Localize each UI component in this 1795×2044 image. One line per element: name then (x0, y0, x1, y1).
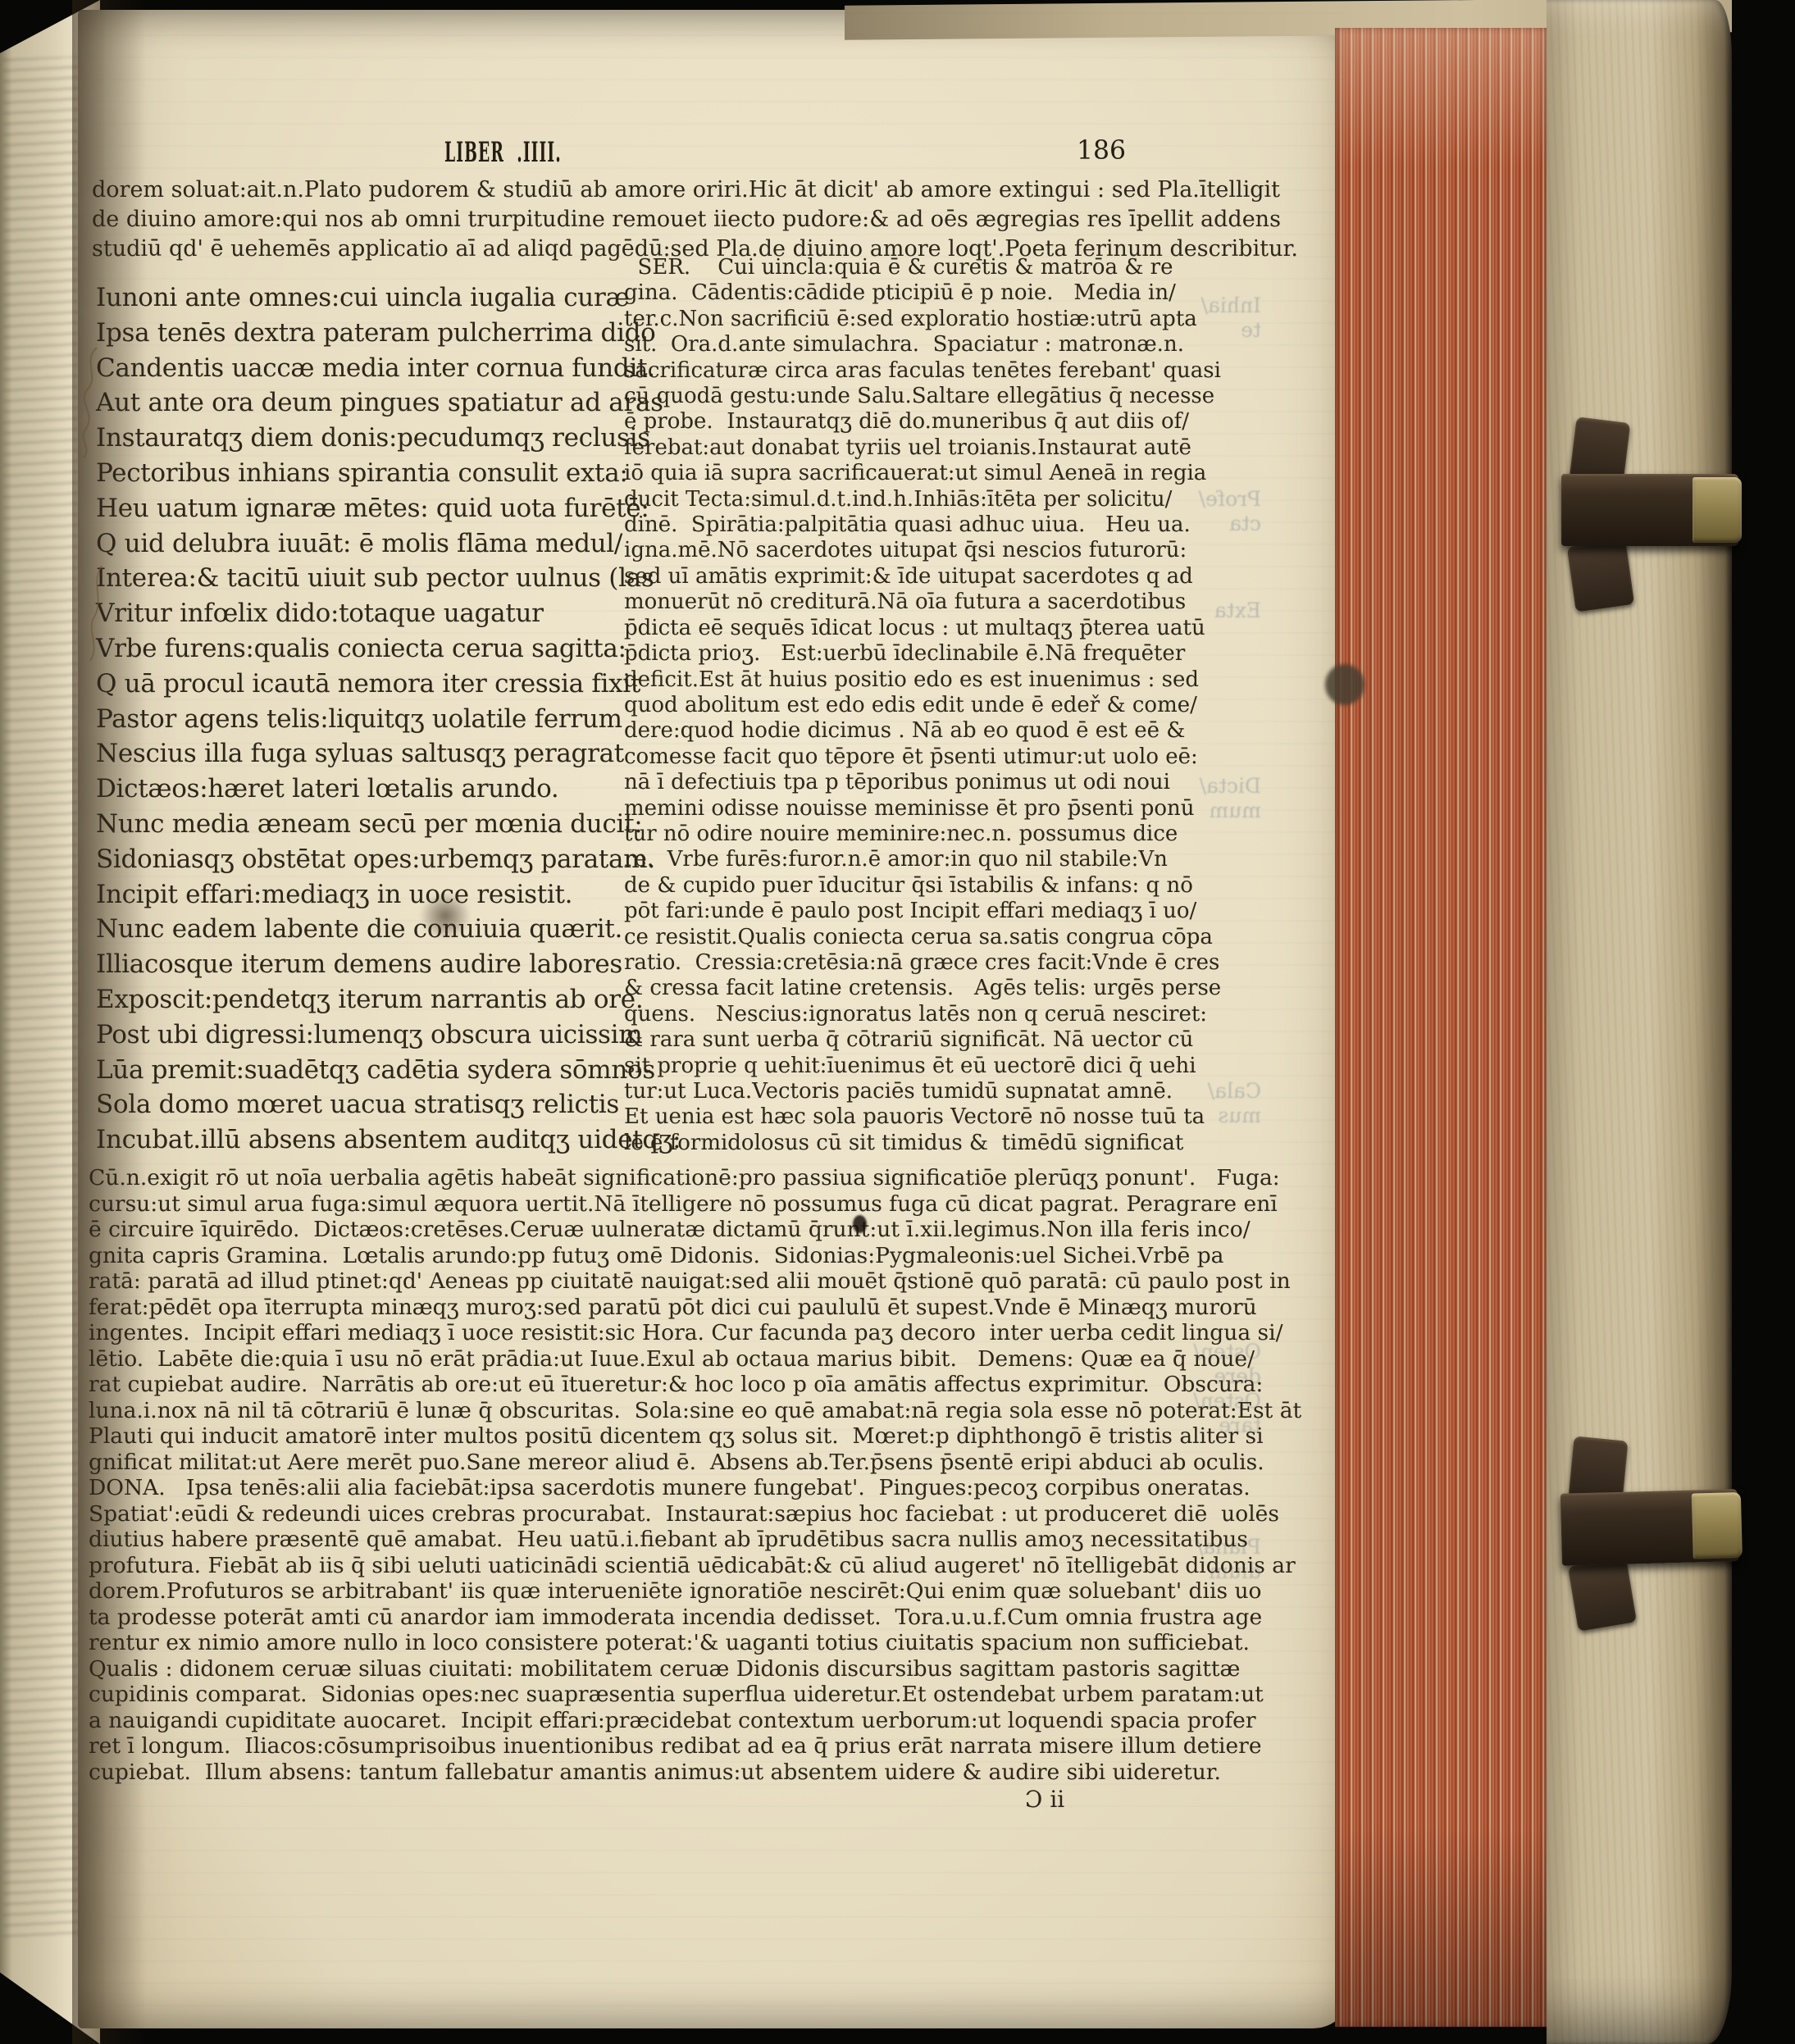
text-line: Dictæos:hæret lateri lœtalis arundo. (96, 772, 622, 807)
text-line: ce resistit.Qualis coniecta cerua sa.sat… (624, 925, 1179, 950)
text-line: ingentes. Incipit effari mediaqʒ ī uoce … (89, 1320, 1199, 1346)
text-line: ducit Tecta:simul.d.t.ind.h.Inhiās:ītēta… (624, 487, 1179, 512)
text-line: Aut ante ora deum pingues spatiatur ad a… (96, 385, 622, 421)
bottom-commentary-block: Cū.n.exigit rō ut noīa uerbalia agētis h… (89, 1165, 1199, 1785)
red-fore-edge (1335, 28, 1550, 2027)
text-line: Nunc media æneam secū per mœnia ducit: (96, 807, 622, 842)
text-line: gnificat militat:ut Aere merēt puo.Sane … (89, 1450, 1199, 1476)
text-line: re. Vrbe furēs:furor.n.ē amor:in quo nil… (624, 847, 1179, 872)
quire-signature: Ɔ ii (1025, 1786, 1064, 1813)
text-line: Post ubi digressi:lumenqʒ obscura uiciss… (96, 1017, 622, 1053)
text-line: rat cupiebat audire. Narrātis ab ore:ut … (89, 1372, 1199, 1398)
running-head: LIBER .IIII. (444, 136, 658, 169)
text-line: cū quodā gestu:unde Salu.Saltare ellegāt… (624, 384, 1179, 409)
text-line: Sidoniasqʒ obstētat opes:urbemqʒ paratam… (96, 842, 622, 877)
clasp-upper (1555, 420, 1795, 610)
text-line: pōt fari:unde ē paulo post Incipit effar… (624, 899, 1179, 924)
text-line: tur:ut Luca.Vectoris paciēs tumidū supna… (624, 1079, 1179, 1104)
text-line: Incubat.illū absens absentem auditqʒ uid… (96, 1122, 622, 1158)
text-line: Incipit effari:mediaqʒ in uoce resistit. (96, 877, 622, 913)
clasp-lower (1552, 1433, 1795, 1630)
text-line: lētio. Labēte die:quia ī usu nō erāt prā… (89, 1346, 1199, 1373)
pen-mark (82, 564, 110, 662)
text-line: Qualis : didonem ceruæ siluas ciuitati: … (89, 1656, 1199, 1682)
text-line: quens. Nescius:ignoratus latēs non q cer… (624, 1002, 1179, 1027)
text-line: Instauratqʒ diem donis:pecudumqʒ reclusi… (96, 421, 622, 456)
text-line: ferebat:aut donabat tyriis uel troianis.… (624, 435, 1179, 461)
text-line: DONA. Ipsa tenēs:alii alia faciebāt:ipsa… (89, 1475, 1199, 1501)
pen-mark (72, 344, 108, 459)
folio-number-text: 186 (1077, 134, 1126, 166)
text-line: profutura. Fiebāt ab iis q̄ sibi ueluti … (89, 1553, 1199, 1579)
parchment-cover-edge (1547, 0, 1732, 2044)
text-line: ratā: paratā ad illud ptinet:qd' Aeneas … (89, 1268, 1199, 1295)
text-line: Plauti qui inducit amatorē inter multos … (89, 1423, 1199, 1450)
text-line: & cressa facit latine cretensis. Agēs te… (624, 976, 1179, 1001)
photo-backdrop: LIBER .IIII. 186 dorem soluat:ait.n.Plat… (0, 0, 1795, 2044)
text-line: Cū.n.exigit rō ut noīa uerbalia agētis h… (89, 1165, 1199, 1191)
text-line: Iunoni ante omnes:cui uincla iugalia cur… (96, 280, 622, 316)
text-line: p̄dicta prioʒ. Est:uerbū īdeclinabile ē.… (624, 641, 1179, 667)
text-line: cupiebat. Illum absens: tantum fallebatu… (89, 1759, 1199, 1786)
text-line: Spatiat':eūdi & redeundi uices crebras p… (89, 1501, 1199, 1527)
text-line: ferat:pēdēt opa īterrupta minæqʒ muroʒ:s… (89, 1295, 1199, 1321)
text-line: sit proprie q uehit:īuenimus ēt eū uecto… (624, 1054, 1179, 1079)
text-line: Q uā procul icautā nemora iter cressia f… (96, 667, 622, 702)
text-line: Heu uatum ignaræ mētes: quid uota furētē… (96, 491, 622, 526)
text-line: Lūa premit:suadētqʒ cadētia sydera sōmno… (96, 1053, 622, 1088)
text-line: ret ī longum. Iliacos:cōsumprisoibus inu… (89, 1733, 1199, 1759)
folio-number: 186 (1077, 134, 1127, 166)
text-line: luna.i.nox nā nil tā cōtrariū ē lunæ q̄ … (89, 1398, 1199, 1424)
quire-signature-text: Ɔ ii (1025, 1786, 1064, 1813)
text-line: cupidinis comparat. Sidonias opes:nec su… (89, 1682, 1199, 1708)
text-line: Candentis uaccæ media inter cornua fundi… (96, 351, 622, 386)
text-line: ratio. Cressia:cretēsia:nā græce cres fa… (624, 950, 1179, 976)
text-line: ter.c.Non sacrificiū ē:sed exploratio ho… (624, 307, 1179, 332)
text-line: Ipsa tenēs dextra pateram pulcherrima di… (96, 316, 622, 351)
text-line: gina. Cādentis:cādide pticipiū ē p noie.… (624, 280, 1179, 306)
text-line: p̄dicta eē sequēs īdicat locus : ut mult… (624, 616, 1179, 641)
text-line: cursu:ut simul arua fuga:simul æquora ue… (89, 1191, 1199, 1218)
text-line: Nescius illa fuga syluas saltusqʒ peragr… (96, 736, 622, 772)
text-line: Pastor agens telis:liquitqʒ uolatile fer… (96, 702, 622, 737)
servius-commentary-column: SER. Cui uincla:quia ē & curetis & matrō… (624, 255, 1179, 1156)
intro-commentary-block: dorem soluat:ait.n.Plato pudorem & studi… (92, 175, 1168, 264)
clasp-brass-tip (1692, 1492, 1743, 1559)
text-line: le ē formidolosus cū sit timidus & timēd… (624, 1131, 1179, 1156)
text-line: sacrificaturæ circa aras faculas tenētes… (624, 358, 1179, 384)
running-head-text: LIBER .IIII. (444, 136, 562, 169)
clasp-mount-lower (1567, 539, 1634, 612)
text-line: Exposcit:pendetqʒ iterum narrantis ab or… (96, 982, 622, 1017)
text-line: de diuino amore:qui nos ab omni trurpitu… (92, 205, 1168, 234)
clasp-mount-lower (1568, 1557, 1637, 1632)
text-line: a nauigandi cupiditate auocaret. Incipit… (89, 1708, 1199, 1734)
text-line: ē circuire īquirēdo. Dictæos:cretēses.Ce… (89, 1217, 1199, 1243)
text-line: SER. Cui uincla:quia ē & curetis & matrō… (624, 255, 1179, 280)
text-line: ta prodesse poterāt amti cū anardor iam … (89, 1605, 1199, 1631)
text-line: Et uenia est hæc sola pauoris Vectorē nō… (624, 1104, 1179, 1130)
facing-page-blurred-text (3, 56, 89, 1945)
text-line: sit. Ora.d.ante simulachra. Spaciatur : … (624, 332, 1179, 357)
text-line: Vrbe furens:qualis coniecta cerua sagitt… (96, 631, 622, 667)
text-line: tur nō odire nouire meminire:nec.n. poss… (624, 822, 1179, 847)
text-line: dere:quod hodie dicimus . Nā ab eo quod … (624, 718, 1179, 744)
text-line: igna.mē.Nō sacerdotes uitupat q̄si nesci… (624, 538, 1179, 563)
text-line: memini odisse nouisse meminisse ēt pro p… (624, 796, 1179, 822)
text-line: gnita capris Gramina. Lœtalis arundo:pp … (89, 1243, 1199, 1269)
text-line: Nunc eadem labente die conuiuia quærit. (96, 912, 622, 947)
text-line: dorem.Profuturos se arbitrabant' iis quæ… (89, 1578, 1199, 1605)
text-line: quod abolitum est edo edis edit unde ē e… (624, 693, 1179, 718)
clasp-brass-tip (1692, 477, 1742, 543)
text-line: Illiacosque iterum demens audire labores (96, 947, 622, 982)
text-line: Q uid delubra iuuāt: ē molis flāma medul… (96, 526, 622, 562)
text-line: de & cupido puer īducitur q̄si īstabilis… (624, 873, 1179, 899)
text-line: rentur ex nimio amore nullo in loco cons… (89, 1630, 1199, 1656)
text-line: deficit.Est āt huius positio edo es est … (624, 667, 1179, 693)
text-line: dinē. Spirātia:palpitātia quasi adhuc ui… (624, 512, 1179, 538)
text-line: monuerūt nō crediturā.Nā oīa futura a sa… (624, 590, 1179, 615)
text-line: Sola domo mœret uacua stratisqʒ relictis (96, 1087, 622, 1122)
text-line: dorem soluat:ait.n.Plato pudorem & studi… (92, 175, 1168, 205)
text-line: Pectoribus inhians spirantia consulit ex… (96, 456, 622, 491)
text-line: nā ī defectiuis tpa p tēporibus ponimus … (624, 770, 1179, 795)
text-line: Vritur infœlix dido:totaque uagatur (96, 596, 622, 631)
text-line: ē probe. Instauratqʒ diē do.muneribus q̄… (624, 409, 1179, 435)
verse-column: Iunoni ante omnes:cui uincla iugalia cur… (96, 280, 622, 1158)
text-line: comesse facit quo tēpore ēt p̄senti utim… (624, 744, 1179, 770)
text-line: & rara sunt uerba q̄ cōtrariū significāt… (624, 1027, 1179, 1053)
text-line: diutius habere præsentē quē amabat. Heu … (89, 1527, 1199, 1553)
text-line: iō quia iā supra sacrificauerat:ut simul… (624, 461, 1179, 486)
text-line: Interea:& tacitū uiuit sub pector uulnus… (96, 561, 622, 596)
text-line: sed uī amātis exprimit:& īde uitupat sac… (624, 564, 1179, 590)
